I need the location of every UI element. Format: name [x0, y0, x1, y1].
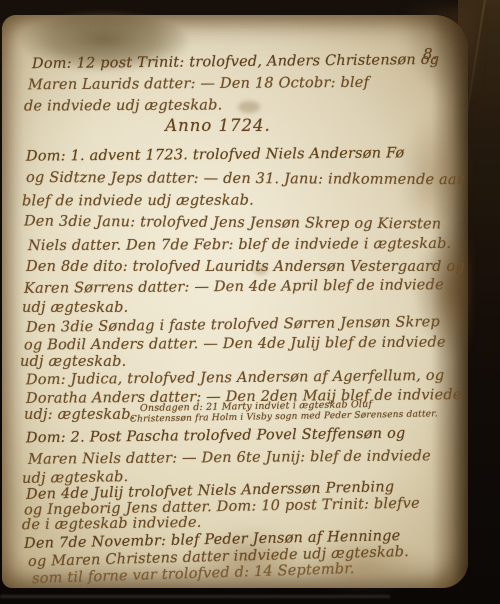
entry-line: Maren Niels datter: — Den 6te Junij: ble… [28, 449, 431, 467]
year-heading: Anno 1724. [18, 118, 418, 135]
entry-line: de i ægteskab indviede. [22, 516, 202, 533]
entry-line: Dom: 12 post Trinit: trolofved, Anders C… [32, 53, 439, 72]
entry-line: og Bodil Anders datter. — Den 4de Julij … [24, 336, 446, 353]
entry-line: Den 8de dito: trolofved Lauridts Andersø… [26, 260, 465, 275]
entry-line: blef de indviede udj ægteskab. [22, 194, 254, 209]
photo-backdrop: 8. Dom: 12 post Trinit: trolofved, Ander… [0, 0, 500, 604]
entry-line: og Sidtzne Jeps datter: — den 31. Janu: … [26, 171, 464, 188]
table-edge-highlight [0, 595, 390, 598]
entry-line: Dom: 1. advent 1723. trolofved Niels And… [26, 146, 405, 164]
entry-line: Dom: 2. Post Pascha trolofved Povel Stef… [26, 427, 406, 446]
entry-line: udj ægteskab. [20, 355, 126, 370]
entry-line: Maren Laurids datter: — Den 18 Octobr: b… [28, 76, 369, 93]
entry-line: Den 3die Søndag i faste trolofved Sørren… [26, 315, 440, 335]
entry-line: udj ægteskab. [22, 470, 129, 486]
text-layer: Dom: 12 post Trinit: trolofved, Anders C… [18, 28, 434, 588]
manuscript-page: 8. Dom: 12 post Trinit: trolofved, Ander… [2, 15, 468, 588]
entry-line: Den 3die Janu: trolofved Jens Jensøn Skr… [24, 215, 441, 232]
entry-line: Niels datter. Den 7de Febr: blef de indv… [28, 237, 451, 254]
entry-line: Karen Sørrens datter: — Den 4de April bl… [24, 278, 444, 296]
entry-line: de indviede udj ægteskab. [24, 98, 222, 114]
entry-line: udj ægteskab. [22, 301, 128, 316]
entry-line: Dom: Judica, trolofved Jens Andersøn af … [26, 369, 444, 388]
entry-line: udj: ægteskab. [24, 408, 136, 423]
stain-right-edge [432, 15, 468, 588]
